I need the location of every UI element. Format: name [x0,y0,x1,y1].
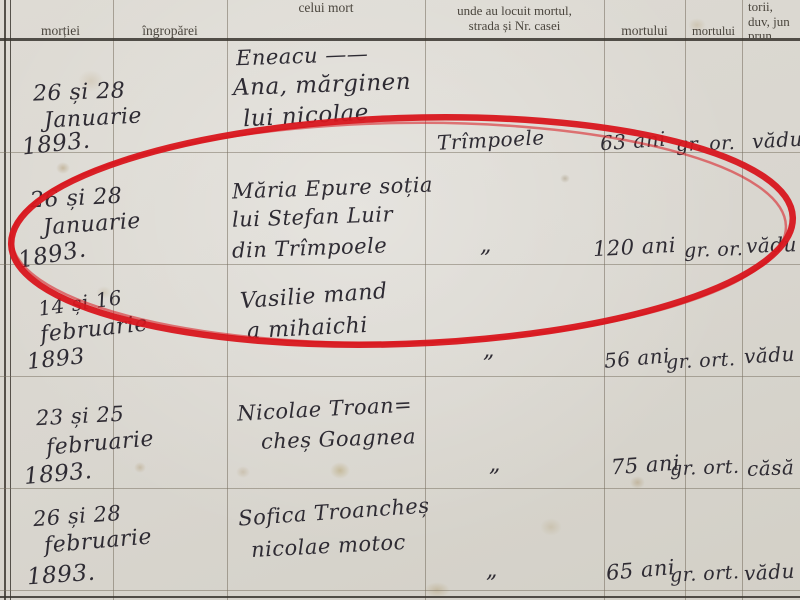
death-date-month: februarie [43,524,153,558]
column-header-residence: unde au locuit mortul, strada și Nr. cas… [425,0,604,38]
column-header-label: celui mort [227,0,425,15]
column-rule [742,0,743,600]
deceased-name-line: lui nicolae [242,100,369,133]
row-rule [0,488,800,489]
death-date-days: 23 și 25 [35,402,124,431]
marital-status-value: vădu [746,232,798,258]
column-header-label-line: prun [748,29,800,38]
deceased-name-line: Nicolae Troan= [236,392,412,425]
column-header-label-line: unde au locuit mortul, [425,4,604,19]
column-header-label-line: duv, jun [748,15,800,30]
column-header-label: morției [8,23,113,38]
deceased-name-line: nicolae motoc [250,530,406,562]
marital-status-value: vădu [743,559,795,586]
deceased-name-line: a mihaichi [246,313,368,344]
residence-value: Trîmpoele [436,125,545,155]
religion-value: gr. ort. [665,348,735,374]
column-header-death-day: morției [8,0,113,45]
religion-value: gr. or. [676,132,736,156]
age-value: 56 ani [603,343,671,373]
table-border-left-outer [4,0,6,600]
residence-ditto-mark: „ [486,558,498,583]
column-header-label: mortului [685,24,742,38]
age-value: 65 ani [605,555,676,585]
death-date-year: 1893. [26,560,96,591]
religion-value: gr. ort. [669,561,739,587]
deceased-name-line: din Trîmpoele [232,233,388,262]
column-header-deceased: celui mort [227,0,425,38]
paper-stain [236,466,250,478]
column-header-label: mortului [604,23,685,38]
residence-ditto-mark: „ [489,452,501,477]
residence-ditto-mark: „ [483,338,495,363]
column-header-status: torii, duv, jun prun [742,0,800,38]
deceased-name-line: Eneacu —— [236,42,369,71]
death-date-month: Januarie [43,103,142,133]
bottom-rule-outer [0,596,800,598]
row-rule [0,264,800,265]
marital-status-value: vădu [751,127,800,154]
death-date-year: 1893. [21,127,92,160]
column-rule [685,0,686,600]
column-rule [604,0,605,600]
row-rule [0,376,800,377]
paper-stain [330,462,350,479]
death-date-days: 26 și 28 [29,184,122,214]
marital-status-value: vădu [743,342,795,369]
religion-value: gr. ort. [670,456,740,480]
column-header-label-line: torii, [748,0,800,15]
paper-stain [540,518,562,536]
register-page: morției îngropărei celui mort unde au lo… [0,0,800,600]
deceased-name-line: cheș Goagnea [261,424,417,453]
age-value: 63 ani [599,127,667,156]
deceased-name-line: Măria Epure soția [232,172,434,203]
death-date-days: 26 și 28 [33,78,126,106]
age-value: 120 ani [592,233,676,261]
death-date-days: 26 și 28 [32,501,122,531]
paper-stain [56,162,70,174]
bottom-rule-inner [0,590,800,591]
marital-status-value: căsă [747,455,795,481]
death-date-month: Januarie [42,209,141,241]
column-header-religion: mortului [685,0,742,46]
column-header-age: mortului [604,0,685,46]
residence-ditto-mark: „ [480,233,492,258]
deceased-name-line: Ana, mărginen [233,69,412,101]
column-header-label-line: strada și Nr. casei [425,19,604,34]
table-border-left-inner [10,0,11,600]
death-date-month: februarie [45,426,155,460]
column-header-label: îngropărei [113,23,227,38]
deceased-name-line: lui Stefan Luir [232,202,394,232]
column-header-burial-day: îngropărei [113,0,227,45]
column-rule [227,0,228,600]
paper-stain [560,174,570,183]
death-date-year: 1893. [16,236,88,273]
death-date-year: 1893 [26,344,86,375]
religion-value: gr. or. [684,238,744,262]
deceased-name-line: Sofica Troancheș [237,493,430,530]
deceased-name-line: Vasilie mand [239,279,388,314]
paper-stain [134,462,146,473]
death-date-year: 1893. [23,458,93,490]
